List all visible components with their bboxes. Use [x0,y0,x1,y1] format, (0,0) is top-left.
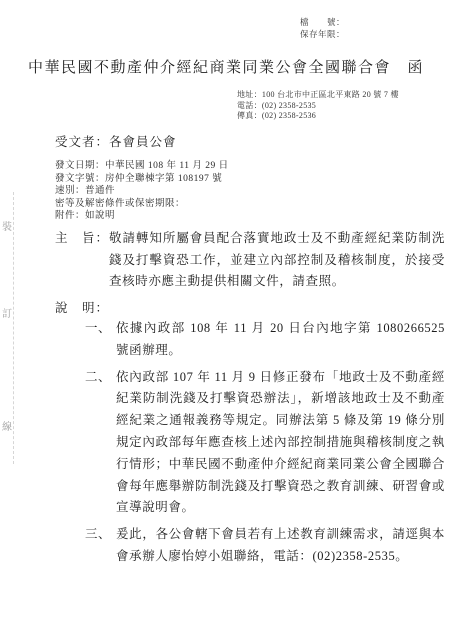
explanation-item-1: 一、 依據內政部 108 年 11 月 20 日台內地字第 1080266525… [85,318,445,362]
retention-period-label: 保存年限： [300,28,345,40]
speed-class-line: 速別：普通件 [55,185,229,198]
official-letter-page: 檔 號： 保存年限： 中華民國不動產仲介經紀商業同業公會全國聯合會 函 地址：1… [0,0,452,640]
item-number: 二、 [85,367,116,520]
explanation-item-3: 三、 爰此，各公會轄下會員若有上述教育訓練需求，請逕與本會承辦人廖怡婷小姐聯絡，… [85,524,445,568]
org-fax: 傳真：(02) 2358-2536 [237,111,399,122]
item-text: 爰此，各公會轄下會員若有上述教育訓練需求，請逕與本會承辦人廖怡婷小姐聯絡，電話：… [116,524,445,568]
explanation-items: 一、 依據內政部 108 年 11 月 20 日台內地字第 1080266525… [85,318,445,573]
binding-mark-zhuang: 裝 [2,218,12,233]
explanation-item-2: 二、 依內政部 107 年 11 月 9 日修正發布「地政士及不動產經紀業防制洗… [85,367,445,520]
subject-section: 主 旨： 敬請轉知所屬會員配合落實地政士及不動產經紀業防制洗錢及打擊資恐工作，並… [55,228,445,293]
org-address: 地址：100 台北市中正區北平東路 20 號 7 樓 [237,90,399,101]
issue-number-line: 發文字號：房仲全聯棟字第 108197 號 [55,173,229,186]
issue-date-line: 發文日期：中華民國 108 年 11 月 29 日 [55,160,229,173]
binding-mark-ding: 訂 [2,305,12,320]
item-number: 三、 [85,524,116,568]
subject-label: 主 旨： [55,228,109,293]
file-number-label: 檔 號： [300,16,345,28]
explanation-label: 說 明： [55,298,109,316]
org-phone: 電話：(02) 2358-2535 [237,101,399,112]
document-title: 中華民國不動產仲介經紀商業同業公會全國聯合會 函 [0,56,452,77]
binding-mark-xian: 線 [2,418,12,433]
issuance-meta-block: 發文日期：中華民國 108 年 11 月 29 日 發文字號：房仲全聯棟字第 1… [55,160,229,223]
security-class-line: 密等及解密條件或保密期限： [55,198,229,211]
item-text: 依內政部 107 年 11 月 9 日修正發布「地政士及不動產經紀業防制洗錢及打… [116,367,445,520]
attachment-line: 附件：如說明 [55,210,229,223]
binding-dashed-line [13,192,14,464]
archive-info: 檔 號： 保存年限： [300,16,345,40]
item-number: 一、 [85,318,116,362]
subject-text: 敬請轉知所屬會員配合落實地政士及不動產經紀業防制洗錢及打擊資恐工作，並建立內部控… [109,228,445,293]
item-text: 依據內政部 108 年 11 月 20 日台內地字第 1080266525 號函… [116,318,445,362]
recipient-line: 受文者：各會員公會 [55,132,177,150]
org-contact-block: 地址：100 台北市中正區北平東路 20 號 7 樓 電話：(02) 2358-… [237,90,399,122]
